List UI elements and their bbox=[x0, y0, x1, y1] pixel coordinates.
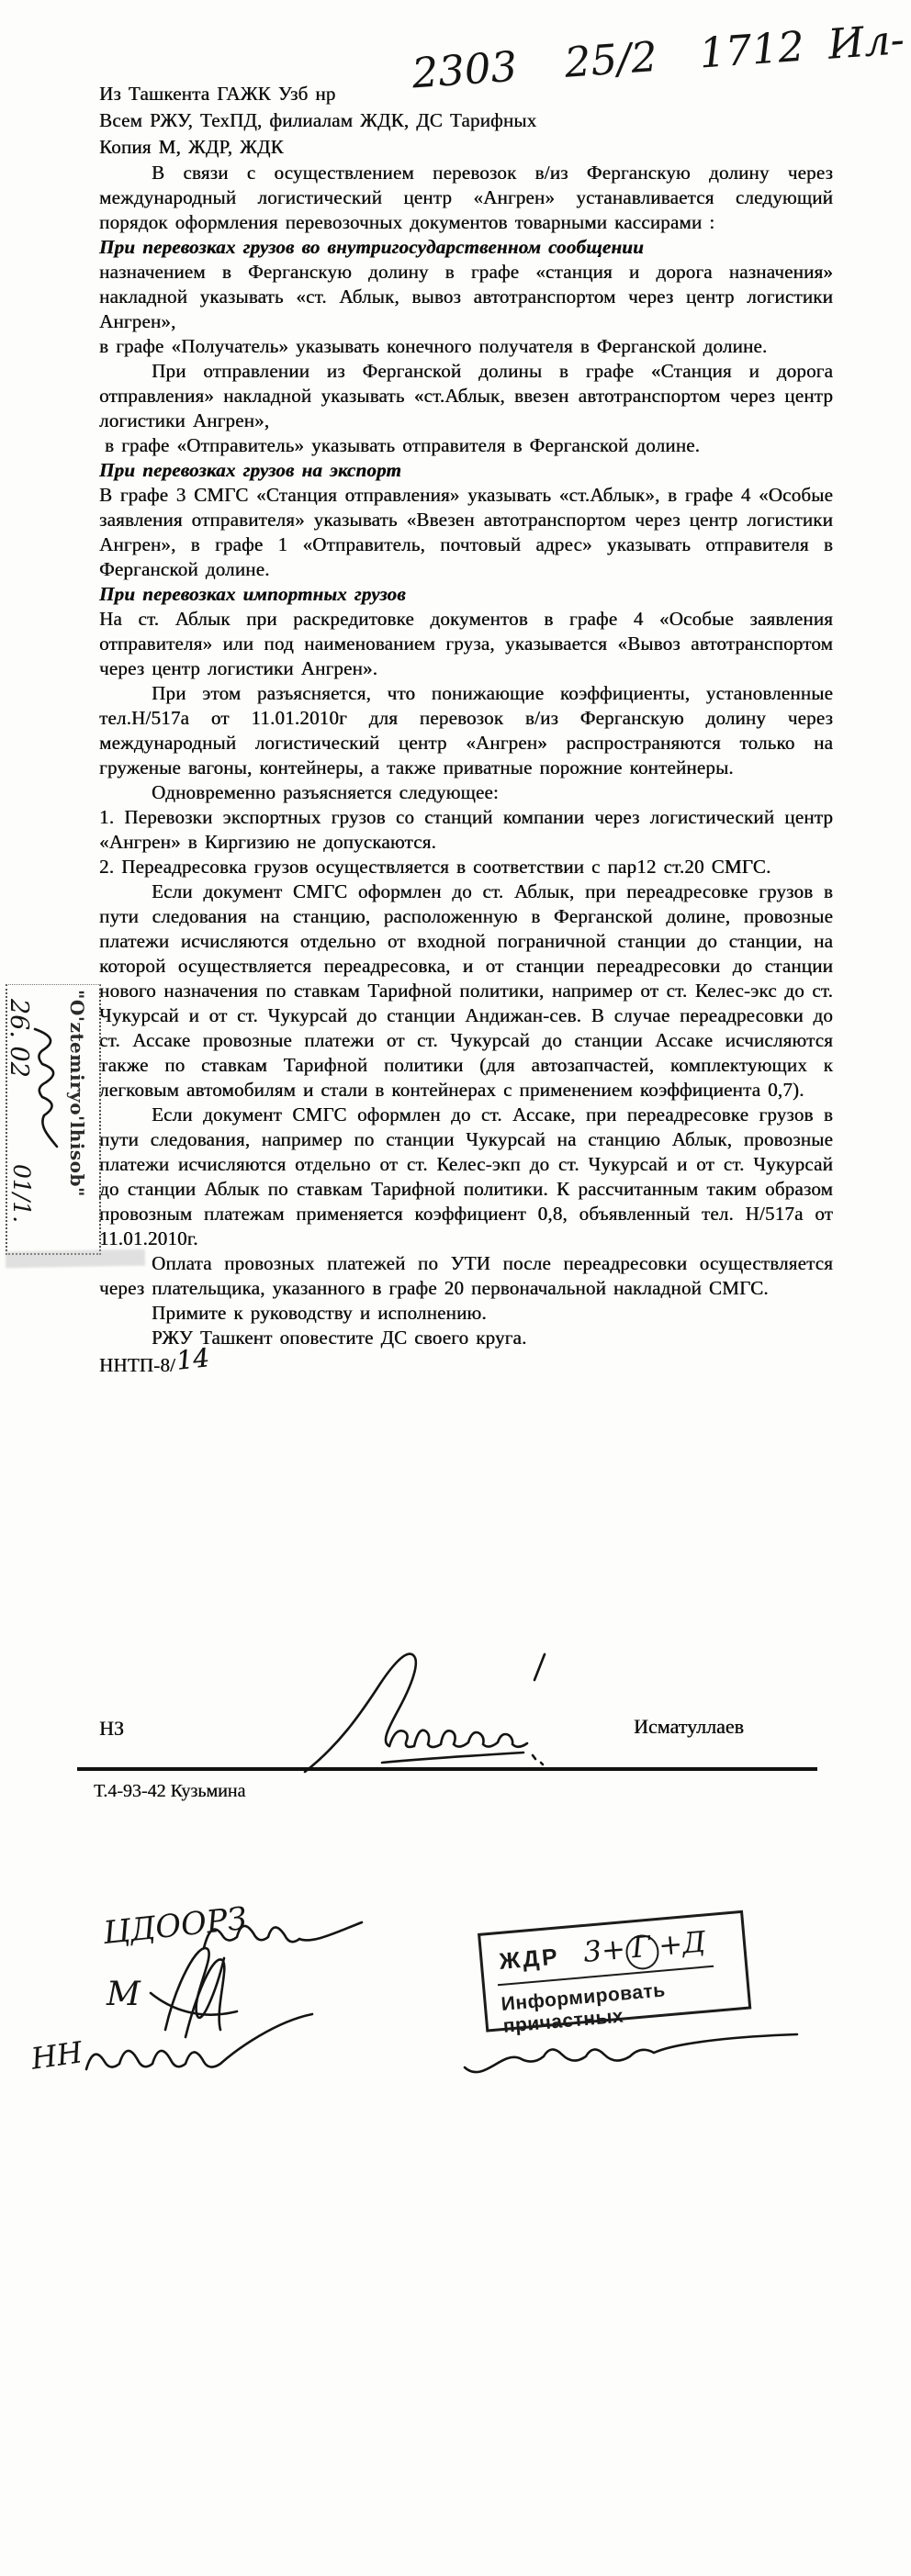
body-paragraph: Если документ СМГС оформлен до ст. Аблык… bbox=[99, 879, 833, 1103]
body-paragraph: При отправлении из Ферганской долины в г… bbox=[99, 359, 833, 433]
body-paragraph: в графе «Отправитель» указывать отправит… bbox=[99, 433, 833, 458]
copy-line: Копия М, ЖДР, ЖДК bbox=[99, 134, 833, 161]
margin-stamp-company: "O'ztemiryo'lhisob" bbox=[66, 990, 88, 1251]
scan-smudge bbox=[6, 1249, 145, 1269]
reference-printed: ННТП-8/ bbox=[99, 1354, 175, 1376]
handwritten-initials: Ил- bbox=[827, 15, 906, 69]
numbered-item-2: 2. Переадресовка грузов осуществляется в… bbox=[99, 855, 833, 879]
stamp-signature-ink bbox=[457, 2018, 806, 2089]
reference-number-line: ННТП-8/14 bbox=[99, 1350, 833, 1378]
stamp-org-label: ЖДР bbox=[499, 1943, 561, 1976]
handwritten-note-m: М bbox=[107, 1976, 141, 2013]
numbered-item-1: 1. Перевозки экспортных грузов со станци… bbox=[99, 805, 833, 855]
closing-instruction: Примите к руководству и исполнению. bbox=[99, 1301, 833, 1326]
margin-signature-ink bbox=[25, 1024, 66, 1152]
section-heading-export: При перевозках грузов на экспорт bbox=[99, 458, 833, 483]
from-line: Из Ташкента ГАЖК Узб нр bbox=[99, 81, 833, 107]
body-paragraph: При этом разъясняется, что понижающие ко… bbox=[99, 681, 833, 780]
body-paragraph: в графе «Получатель» указывать конечного… bbox=[99, 334, 833, 359]
handwritten-note-nn: НН bbox=[29, 2034, 85, 2076]
closing-instruction: РЖУ Ташкент оповестите ДС своего круга. bbox=[99, 1326, 833, 1350]
body-paragraph: назначением в Ферганскую долину в графе … bbox=[99, 260, 833, 334]
document-text-column: Из Ташкента ГАЖК Узб нр Всем РЖУ, ТехПД,… bbox=[99, 81, 833, 1378]
recipients-line: Всем РЖУ, ТехПД, филиалам ЖДК, ДС Тарифн… bbox=[99, 107, 833, 134]
handwritten-date: 25/2 bbox=[563, 32, 659, 87]
signature-ink bbox=[303, 1641, 579, 1784]
section-heading-import: При перевозках импортных грузов bbox=[99, 582, 833, 607]
stamp-hand-post: +Д bbox=[658, 1925, 707, 1962]
handwritten-time: 1712 bbox=[698, 22, 806, 78]
body-paragraph: В связи с осуществлением перевозок в/из … bbox=[99, 161, 833, 235]
scanned-telegram-document: 230325/21712Ил- Из Ташкента ГАЖК Узб нр … bbox=[0, 0, 911, 2576]
body-paragraph: Одновременно разъясняется следующее: bbox=[99, 780, 833, 805]
stamp-hand-pre: 3+ bbox=[582, 1932, 627, 1969]
address-header: Из Ташкента ГАЖК Узб нр Всем РЖУ, ТехПД,… bbox=[99, 81, 833, 161]
body-paragraph: На ст. Аблык при раскредитовке документо… bbox=[99, 607, 833, 681]
body-paragraph: В графе 3 СМГС «Станция отправления» ука… bbox=[99, 483, 833, 582]
handwritten-signature-wave-ink bbox=[81, 2009, 338, 2091]
section-heading-domestic: При перевозках грузов во внутригосударст… bbox=[99, 235, 833, 260]
footer-divider-line bbox=[77, 1767, 817, 1771]
stamp-hand-circled: Г bbox=[624, 1933, 661, 1971]
signer-name: Исматуллаев bbox=[634, 1715, 744, 1739]
signer-position-code: НЗ bbox=[99, 1717, 124, 1741]
body-paragraph: Оплата провозных платежей по УТИ после п… bbox=[99, 1251, 833, 1301]
rubber-stamp: ЖДР 3+Г+Д Информировать причастных bbox=[478, 1910, 751, 2033]
reference-handwritten: 14 bbox=[175, 1345, 211, 1373]
margin-handwritten-ref: 01/1. bbox=[8, 1164, 35, 1247]
body-paragraph: Если документ СМГС оформлен до ст. Ассак… bbox=[99, 1103, 833, 1251]
executor-contact: Т.4-93-42 Кузьмина bbox=[94, 1781, 245, 1802]
